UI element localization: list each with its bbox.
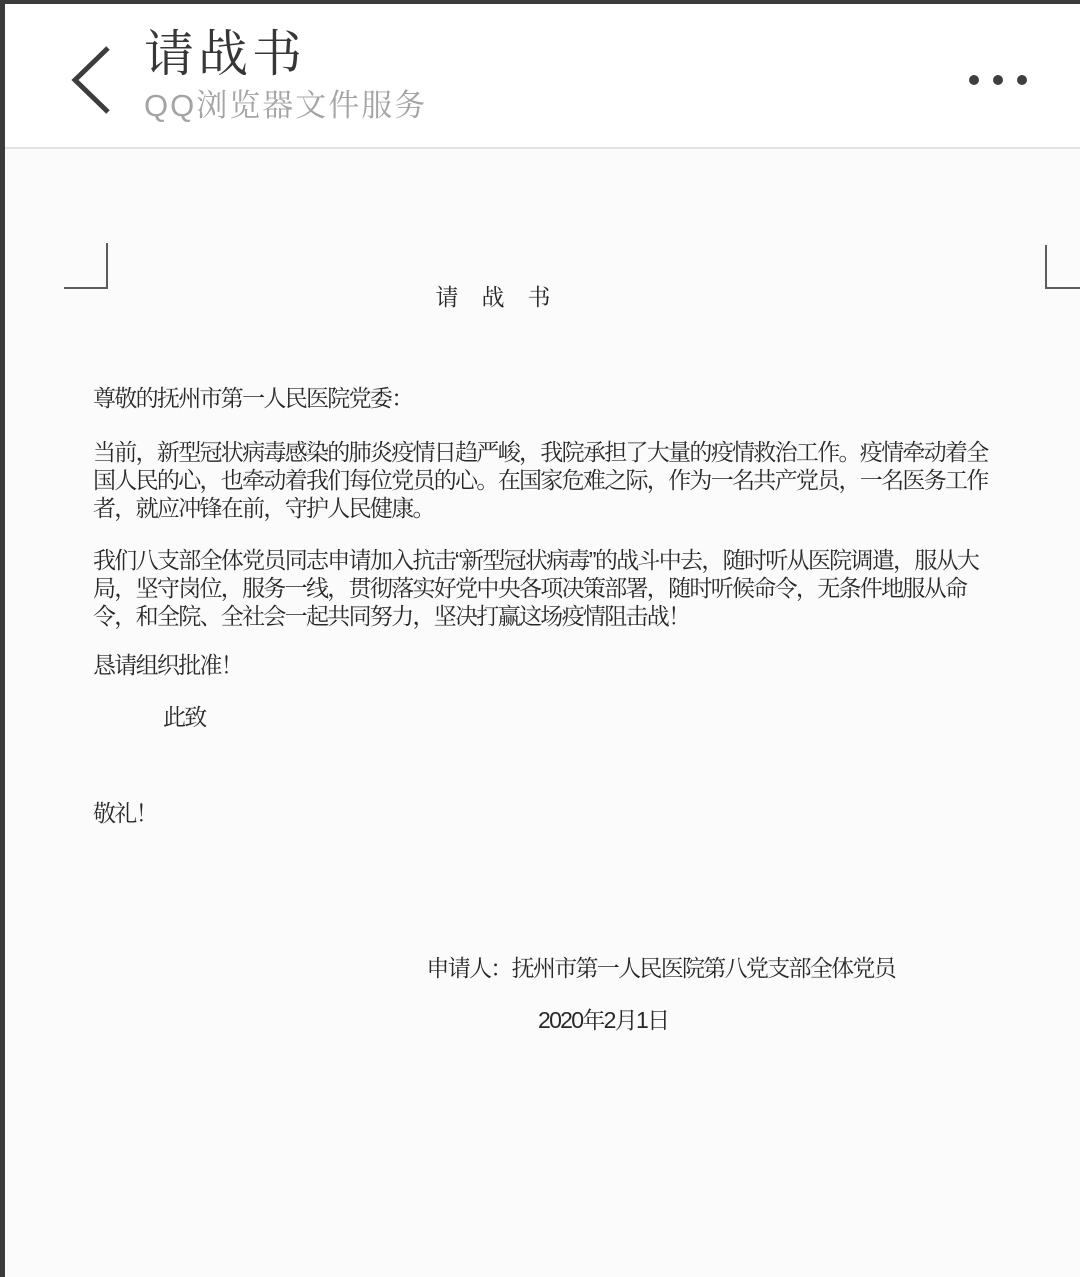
- more-dots-icon: [1017, 75, 1027, 85]
- chevron-left-icon: [68, 45, 114, 115]
- more-dots-icon: [969, 75, 979, 85]
- letter-salute-pre: 此致: [163, 703, 463, 731]
- viewer-header: 请战书 QQ浏览器文件服务: [0, 0, 1080, 147]
- letter-greeting: 尊敬的抚州市第一人民医院党委：: [93, 384, 1033, 412]
- letter-date: 2020年2月1日: [538, 1006, 668, 1034]
- header-title-stack: 请战书 QQ浏览器文件服务: [144, 24, 427, 124]
- letter-salute: 敬礼！: [93, 799, 393, 827]
- page-subtitle: QQ浏览器文件服务: [144, 88, 427, 124]
- page-title: 请战书: [144, 24, 427, 84]
- letter-applicant-line: 申请人：抚州市第一人民医院第八党支部全体党员: [426, 954, 895, 982]
- letter-request-line: 恳请组织批准！: [93, 651, 693, 679]
- letter-paragraph: 我们八支部全体党员同志申请加入抗击“新型冠状病毒”的战斗中去，随时听从医院调遣，…: [93, 546, 1033, 630]
- corner-mark-right: [1045, 287, 1080, 289]
- more-menu-button[interactable]: [950, 56, 1046, 104]
- more-dots-icon: [993, 75, 1003, 85]
- scan-edge-top: [0, 0, 1080, 4]
- document-viewport[interactable]: 请 战 书 尊敬的抚州市第一人民医院党委： 当前，新型冠状病毒感染的肺炎疫情日趋…: [0, 149, 1080, 1277]
- scan-edge-left: [0, 0, 5, 1277]
- back-button[interactable]: [58, 36, 124, 124]
- corner-mark-right: [1045, 245, 1047, 289]
- letter-title: 请 战 书: [93, 283, 893, 311]
- letter-paragraph: 当前，新型冠状病毒感染的肺炎疫情日趋严峻，我院承担了大量的疫情救治工作。疫情牵动…: [93, 438, 1033, 522]
